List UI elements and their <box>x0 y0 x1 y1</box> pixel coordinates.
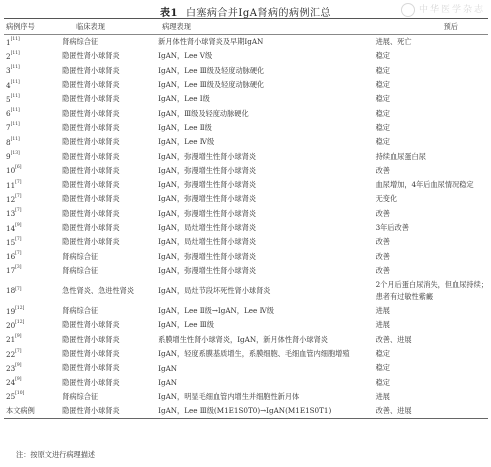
clinical-cell: 隐匿性肾小球肾炎 <box>56 235 156 249</box>
reference-citation: [9] <box>15 363 21 368</box>
table-row: 本文病例隐匿性肾小球肾炎IgAN，Lee Ⅲ级(M1E1S0T0)→IgAN(M… <box>4 404 488 419</box>
pathology-cell: IgAN，Lee Ⅱ级→IgAN，Lee Ⅳ级 <box>156 304 373 318</box>
prognosis-text: 稳定 <box>376 66 390 75</box>
seal-icon <box>401 3 415 17</box>
table-row: 2[11]隐匿性肾小球肾炎IgAN，Lee Ⅴ级稳定 <box>4 49 488 63</box>
table-row: 25[10]肾病综合征IgAN，明显毛细血管内增生并细胞性新月体进展 <box>4 390 488 404</box>
prognosis-cell: 稳定 <box>374 92 488 106</box>
table-row: 7[11]隐匿性肾小球肾炎IgAN，Lee Ⅱ级稳定 <box>4 121 488 135</box>
clinical-cell: 肾病综合征 <box>56 264 156 278</box>
pathology-cell: IgAN <box>156 376 373 390</box>
table-body: 1[11]肾病综合征新月体性肾小球肾炎及早期IgAN进展、死亡2[11]隐匿性肾… <box>4 35 488 419</box>
prognosis-cell: 血尿增加，4年后血尿情况稳定 <box>374 178 488 192</box>
table-row: 10[6]隐匿性肾小球肾炎IgAN，弥漫增生性肾小球肾炎改善 <box>4 164 488 178</box>
case-id-cell: 15[7] <box>4 235 56 249</box>
reference-citation: [11] <box>11 51 20 56</box>
clinical-cell: 隐匿性肾小球肾炎 <box>56 347 156 361</box>
pathology-cell: IgAN，Lee Ⅴ级 <box>156 49 373 63</box>
prognosis-cell: 改善 <box>374 249 488 263</box>
clinical-cell: 隐匿性肾小球肾炎 <box>56 192 156 206</box>
reference-citation: [11] <box>11 65 20 70</box>
pathology-cell: IgAN，Lee Ⅳ级 <box>156 135 373 149</box>
prognosis-text: 改善 <box>376 166 390 175</box>
case-id-cell: 1[11] <box>4 35 56 50</box>
case-id-cell: 16[7] <box>4 249 56 263</box>
prognosis-cell: 稳定 <box>374 49 488 63</box>
prognosis-cell: 改善 <box>374 264 488 278</box>
clinical-cell: 隐匿性肾小球肾炎 <box>56 49 156 63</box>
clinical-cell: 隐匿性肾小球肾炎 <box>56 333 156 347</box>
table-row: 6[11]隐匿性肾小球肾炎IgAN，Ⅲ级及轻度动脉硬化稳定 <box>4 106 488 120</box>
pathology-cell: 系膜增生性肾小球肾炎，IgAN，新月体性肾小球肾炎 <box>156 333 373 347</box>
pathology-cell: IgAN，弥漫增生性肾小球肾炎 <box>156 192 373 206</box>
header-pathology: 病理表现 <box>156 19 373 35</box>
table-row: 15[7]隐匿性肾小球肾炎IgAN，局灶增生性肾小球肾炎改善 <box>4 235 488 249</box>
reference-citation: [7] <box>15 287 21 292</box>
case-id-cell: 7[11] <box>4 121 56 135</box>
reference-citation: [11] <box>11 108 20 113</box>
case-id: 5 <box>6 95 11 104</box>
case-id: 9 <box>6 152 11 161</box>
clinical-cell: 隐匿性肾小球肾炎 <box>56 78 156 92</box>
reference-citation: [7] <box>15 180 21 185</box>
case-id: 15 <box>6 238 15 247</box>
case-id-cell: 5[11] <box>4 92 56 106</box>
prognosis-text: 改善 <box>376 252 390 261</box>
pathology-cell: IgAN，Lee Ⅱ级 <box>156 121 373 135</box>
case-id-cell: 11[7] <box>4 178 56 192</box>
pathology-cell: IgAN，Ⅲ级及轻度动脉硬化 <box>156 106 373 120</box>
reference-citation: [11] <box>11 122 20 127</box>
reference-citation: [12] <box>15 306 24 311</box>
prognosis-cell: 稳定 <box>374 121 488 135</box>
prognosis-text: 进展、死亡 <box>376 37 412 46</box>
case-id-cell: 19[12] <box>4 304 56 318</box>
pathology-cell: IgAN，局灶节段坏死性肾小球肾炎 <box>156 278 373 304</box>
journal-watermark: 中华医学杂志 <box>401 2 485 17</box>
prognosis-text: 改善、进展 <box>376 406 412 415</box>
prognosis-text: 进展 <box>376 306 390 315</box>
pathology-cell: IgAN，弥漫增生性肾小球肾炎 <box>156 264 373 278</box>
prognosis-text: 稳定 <box>376 80 390 89</box>
table-row: 3[11]隐匿性肾小球肾炎IgAN，Lee Ⅲ级及轻度动脉硬化稳定 <box>4 64 488 78</box>
pathology-cell: IgAN，弥漫增生性肾小球肾炎 <box>156 164 373 178</box>
clinical-cell: 隐匿性肾小球肾炎 <box>56 64 156 78</box>
prognosis-cell: 改善、进展 <box>374 404 488 419</box>
prognosis-cell: 2个月后蛋白尿消失，但血尿持续；患者有过敏性紫癜 <box>374 278 488 304</box>
table-row: 8[11]隐匿性肾小球肾炎IgAN，Lee Ⅳ级稳定 <box>4 135 488 149</box>
clinical-cell: 隐匿性肾小球肾炎 <box>56 92 156 106</box>
pathology-cell: IgAN，Lee Ⅰ级 <box>156 92 373 106</box>
prognosis-text: 无变化 <box>376 194 398 203</box>
table-row: 16[7]肾病综合征IgAN，弥漫增生性肾小球肾炎改善 <box>4 249 488 263</box>
reference-citation: [9] <box>15 223 21 228</box>
case-id: 16 <box>6 252 15 261</box>
prognosis-cell: 无变化 <box>374 192 488 206</box>
prognosis-text: 2个月后蛋白尿消失，但血尿持续； <box>376 280 488 289</box>
case-id: 2 <box>6 52 11 61</box>
case-id-cell: 8[11] <box>4 135 56 149</box>
case-id-cell: 13[7] <box>4 207 56 221</box>
case-id-cell: 12[7] <box>4 192 56 206</box>
prognosis-cell: 进展 <box>374 390 488 404</box>
table-row: 17[3]肾病综合征IgAN，弥漫增生性肾小球肾炎改善 <box>4 264 488 278</box>
case-summary-table: 病例序号 临床表现 病理表现 预后 1[11]肾病综合征新月体性肾小球肾炎及早期… <box>4 18 488 419</box>
prognosis-cell: 进展 <box>374 304 488 318</box>
case-id-cell: 2[11] <box>4 49 56 63</box>
reference-citation: [7] <box>15 194 21 199</box>
case-id: 14 <box>6 224 15 233</box>
case-id: 20 <box>6 321 15 330</box>
case-id: 本文病例 <box>6 406 35 415</box>
pathology-cell: IgAN，Lee Ⅲ级及轻度动脉硬化 <box>156 64 373 78</box>
reference-citation: [12] <box>15 320 24 325</box>
clinical-cell: 隐匿性肾小球肾炎 <box>56 135 156 149</box>
pathology-cell: IgAN，Lee Ⅲ级(M1E1S0T0)→IgAN(M1E1S0T1) <box>156 404 373 419</box>
clinical-cell: 肾病综合征 <box>56 390 156 404</box>
case-id: 1 <box>6 38 11 47</box>
prognosis-cell: 改善 <box>374 235 488 249</box>
clinical-cell: 隐匿性肾小球肾炎 <box>56 149 156 163</box>
reference-citation: [7] <box>15 237 21 242</box>
case-id: 18 <box>6 286 15 295</box>
table-row: 11[7]隐匿性肾小球肾炎IgAN，弥漫增生性肾小球肾炎血尿增加，4年后血尿情况… <box>4 178 488 192</box>
pathology-cell: IgAN，弥漫增生性肾小球肾炎 <box>156 207 373 221</box>
case-id: 8 <box>6 138 11 147</box>
reference-citation: [11] <box>11 137 20 142</box>
table-row: 1[11]肾病综合征新月体性肾小球肾炎及早期IgAN进展、死亡 <box>4 35 488 50</box>
reference-citation: [6] <box>15 165 21 170</box>
pathology-cell: IgAN，明显毛细血管内增生并细胞性新月体 <box>156 390 373 404</box>
case-id-cell: 4[11] <box>4 78 56 92</box>
prognosis-cell: 稳定 <box>374 135 488 149</box>
case-id: 23 <box>6 364 15 373</box>
clinical-cell: 隐匿性肾小球肾炎 <box>56 361 156 375</box>
prognosis-cell: 稳定 <box>374 106 488 120</box>
case-id-cell: 21[9] <box>4 333 56 347</box>
table-row: 22[7]隐匿性肾小球肾炎IgAN，轻度系膜基质增生，系膜细胞、毛细血管内细胞增… <box>4 347 488 361</box>
pathology-cell: IgAN，局灶增生性肾小球肾炎 <box>156 235 373 249</box>
case-id: 6 <box>6 109 11 118</box>
prognosis-text: 稳定 <box>376 349 390 358</box>
prognosis-cell: 改善 <box>374 207 488 221</box>
table-row: 19[12]肾病综合征IgAN，Lee Ⅱ级→IgAN，Lee Ⅳ级进展 <box>4 304 488 318</box>
reference-citation: [3] <box>15 265 21 270</box>
pathology-cell: IgAN，弥漫增生性肾小球肾炎 <box>156 249 373 263</box>
prognosis-text: 稳定 <box>376 109 390 118</box>
reference-citation: [9] <box>15 334 21 339</box>
prognosis-text: 改善、进展 <box>376 335 412 344</box>
table-row: 13[7]隐匿性肾小球肾炎IgAN，弥漫增生性肾小球肾炎改善 <box>4 207 488 221</box>
case-id: 7 <box>6 123 11 132</box>
case-id: 12 <box>6 195 15 204</box>
case-id-cell: 20[12] <box>4 318 56 332</box>
reference-citation: [7] <box>15 208 21 213</box>
prognosis-cell: 进展 <box>374 318 488 332</box>
prognosis-cell: 稳定 <box>374 78 488 92</box>
prognosis-text: 稳定 <box>376 51 390 60</box>
clinical-cell: 急性肾炎、急进性肾炎 <box>56 278 156 304</box>
clinical-cell: 肾病综合征 <box>56 249 156 263</box>
pathology-cell: IgAN，Lee Ⅲ级 <box>156 318 373 332</box>
case-id: 3 <box>6 66 11 75</box>
reference-citation: [7] <box>15 251 21 256</box>
reference-citation: [11] <box>11 80 20 85</box>
prognosis-cell: 稳定 <box>374 347 488 361</box>
case-id-cell: 25[10] <box>4 390 56 404</box>
reference-citation: [11] <box>11 37 20 42</box>
case-id: 10 <box>6 166 15 175</box>
clinical-cell: 隐匿性肾小球肾炎 <box>56 207 156 221</box>
prognosis-text: 稳定 <box>376 137 390 146</box>
case-id: 17 <box>6 266 15 275</box>
header-prognosis: 预后 <box>374 19 488 35</box>
case-id-cell: 24[9] <box>4 376 56 390</box>
prognosis-text: 进展 <box>376 320 390 329</box>
clinical-cell: 隐匿性肾小球肾炎 <box>56 221 156 235</box>
pathology-cell: IgAN，弥漫增生性肾小球肾炎 <box>156 149 373 163</box>
case-id: 4 <box>6 81 11 90</box>
prognosis-text: 3年后改善 <box>376 223 409 232</box>
table-row: 5[11]隐匿性肾小球肾炎IgAN，Lee Ⅰ级稳定 <box>4 92 488 106</box>
table-row: 4[11]隐匿性肾小球肾炎IgAN，Lee Ⅲ级及轻度动脉硬化稳定 <box>4 78 488 92</box>
clinical-cell: 肾病综合征 <box>56 35 156 50</box>
case-id: 19 <box>6 307 15 316</box>
pathology-cell: IgAN，局灶增生性肾小球肾炎 <box>156 221 373 235</box>
prognosis-text: 改善 <box>376 237 390 246</box>
clinical-cell: 隐匿性肾小球肾炎 <box>56 318 156 332</box>
clinical-cell: 隐匿性肾小球肾炎 <box>56 404 156 419</box>
clinical-cell: 肾病综合征 <box>56 304 156 318</box>
case-id-cell: 22[7] <box>4 347 56 361</box>
case-id-cell: 14[9] <box>4 221 56 235</box>
prognosis-text: 稳定 <box>376 378 390 387</box>
clinical-cell: 隐匿性肾小球肾炎 <box>56 376 156 390</box>
case-id-cell: 10[6] <box>4 164 56 178</box>
table-row: 18[7]急性肾炎、急进性肾炎IgAN，局灶节段坏死性肾小球肾炎2个月后蛋白尿消… <box>4 278 488 304</box>
case-id: 11 <box>6 181 15 190</box>
pathology-cell: IgAN <box>156 361 373 375</box>
case-id-cell: 17[3] <box>4 264 56 278</box>
case-id: 21 <box>6 335 15 344</box>
header-clinical: 临床表现 <box>56 19 156 35</box>
prognosis-cell: 3年后改善 <box>374 221 488 235</box>
reference-citation: [10] <box>15 391 24 396</box>
pathology-cell: IgAN，轻度系膜基质增生，系膜细胞、毛细血管内细胞增殖 <box>156 347 373 361</box>
case-id-cell: 6[11] <box>4 106 56 120</box>
case-id: 22 <box>6 350 15 359</box>
prognosis-cell: 改善 <box>374 164 488 178</box>
case-id-cell: 23[9] <box>4 361 56 375</box>
prognosis-cell: 持续血尿蛋白尿 <box>374 149 488 163</box>
reference-citation: [13] <box>11 151 20 156</box>
clinical-cell: 隐匿性肾小球肾炎 <box>56 106 156 120</box>
clinical-cell: 隐匿性肾小球肾炎 <box>56 178 156 192</box>
watermark-text: 中华医学杂志 <box>419 5 485 15</box>
pathology-cell: IgAN，Lee Ⅲ级及轻度动脉硬化 <box>156 78 373 92</box>
table-row: 20[12]隐匿性肾小球肾炎IgAN，Lee Ⅲ级进展 <box>4 318 488 332</box>
case-id: 24 <box>6 378 15 387</box>
table-row: 14[9]隐匿性肾小球肾炎IgAN，局灶增生性肾小球肾炎3年后改善 <box>4 221 488 235</box>
prognosis-cell: 稳定 <box>374 64 488 78</box>
clinical-cell: 隐匿性肾小球肾炎 <box>56 121 156 135</box>
prognosis-cell: 进展、死亡 <box>374 35 488 50</box>
reference-citation: [7] <box>15 349 21 354</box>
pathology-cell: 新月体性肾小球肾炎及早期IgAN <box>156 35 373 50</box>
case-id-cell: 9[13] <box>4 149 56 163</box>
header-case-id: 病例序号 <box>4 19 56 35</box>
reference-citation: [11] <box>11 94 20 99</box>
pathology-cell: IgAN，弥漫增生性肾小球肾炎 <box>156 178 373 192</box>
prognosis-text: 进展 <box>376 392 390 401</box>
table-row: 12[7]隐匿性肾小球肾炎IgAN，弥漫增生性肾小球肾炎无变化 <box>4 192 488 206</box>
case-id-cell: 18[7] <box>4 278 56 304</box>
prognosis-cell: 改善、进展 <box>374 333 488 347</box>
prognosis-text: 稳定 <box>376 123 390 132</box>
case-id: 25 <box>6 392 15 401</box>
prognosis-text: 稳定 <box>376 94 390 103</box>
table-header-row: 病例序号 临床表现 病理表现 预后 <box>4 19 488 35</box>
prognosis-text: 改善 <box>376 266 390 275</box>
table-row: 24[9]隐匿性肾小球肾炎IgAN稳定 <box>4 376 488 390</box>
prognosis-text: 稳定 <box>376 363 390 372</box>
table-row: 21[9]隐匿性肾小球肾炎系膜增生性肾小球肾炎，IgAN，新月体性肾小球肾炎改善… <box>4 333 488 347</box>
prognosis-text: 改善 <box>376 209 390 218</box>
prognosis-text-line2: 患者有过敏性紫癜 <box>376 292 434 301</box>
prognosis-cell: 稳定 <box>374 376 488 390</box>
case-id-cell: 3[11] <box>4 64 56 78</box>
table-note: 注：按原文进行病理描述 <box>16 450 95 460</box>
prognosis-text: 持续血尿蛋白尿 <box>376 152 426 161</box>
case-id-cell: 本文病例 <box>4 404 56 419</box>
reference-citation: [9] <box>15 377 21 382</box>
prognosis-cell: 稳定 <box>374 361 488 375</box>
case-id: 13 <box>6 209 15 218</box>
table-row: 23[9]隐匿性肾小球肾炎IgAN稳定 <box>4 361 488 375</box>
table-row: 9[13]隐匿性肾小球肾炎IgAN，弥漫增生性肾小球肾炎持续血尿蛋白尿 <box>4 149 488 163</box>
clinical-cell: 隐匿性肾小球肾炎 <box>56 164 156 178</box>
prognosis-text: 血尿增加，4年后血尿情况稳定 <box>376 180 474 189</box>
